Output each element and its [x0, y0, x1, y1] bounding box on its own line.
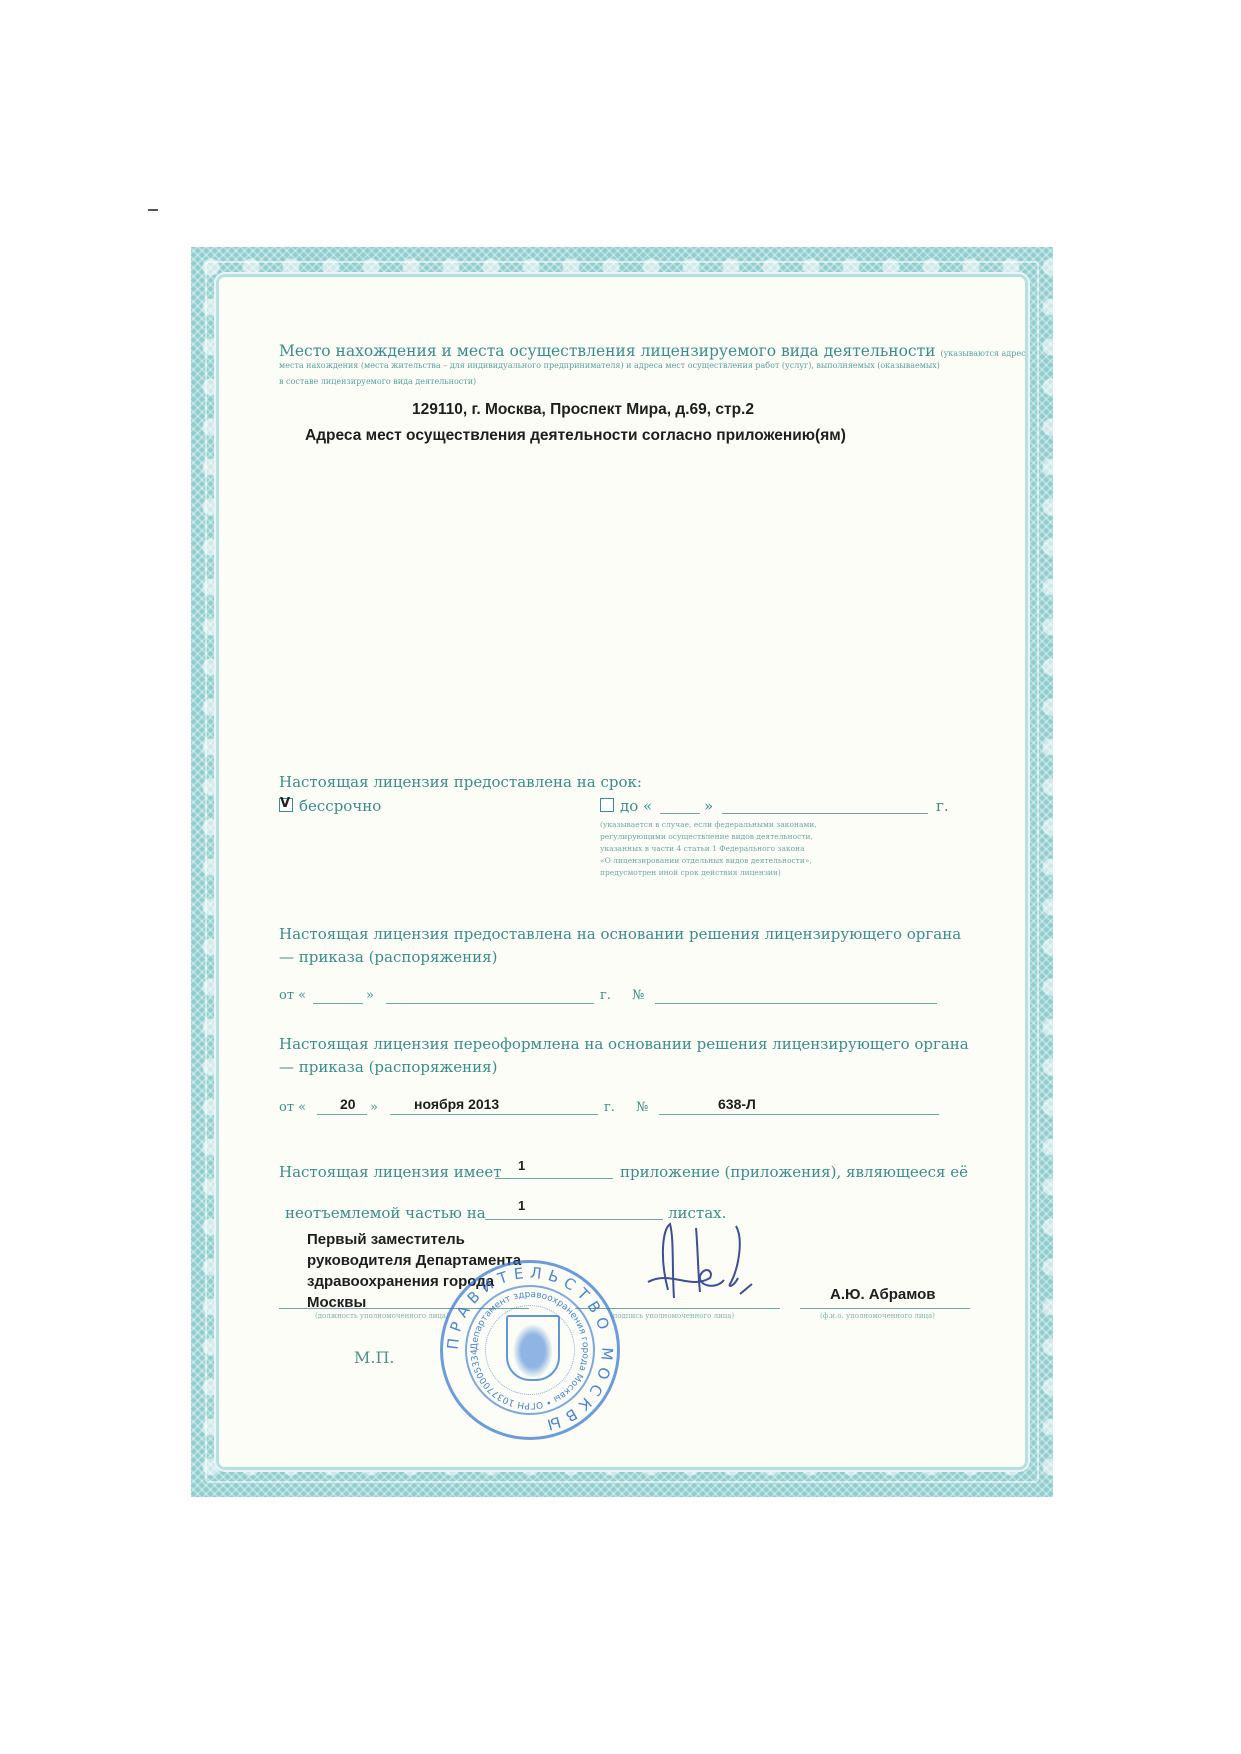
sheets-prefix: неотъемлемой частью на	[285, 1204, 486, 1222]
term-indefinite[interactable]: бессрочно	[279, 797, 381, 815]
appendices-prefix: Настоящая лицензия имеет	[279, 1163, 502, 1181]
reissued-date-field[interactable]	[390, 1114, 598, 1115]
section-title-text: Место нахождения и места осуществления л…	[279, 342, 936, 360]
reissued-line2: — приказа (распоряжения)	[279, 1058, 497, 1076]
stamp-text-ring: ПРАВИТЕЛЬСТВО МОСКВЫ Департамент здравоо…	[443, 1263, 617, 1437]
indefinite-label: бессрочно	[299, 797, 381, 815]
signatory-position-line: Первый заместитель	[307, 1229, 521, 1250]
term-note-line: «О лицензировании отдельных видов деятел…	[600, 855, 817, 867]
granted-from-label: от «	[279, 988, 306, 1003]
stamp-outer-text: ПРАВИТЕЛЬСТВО МОСКВЫ	[444, 1264, 617, 1436]
reissued-year-suffix: г.	[604, 1100, 615, 1115]
section-title: Место нахождения и места осуществления л…	[279, 342, 1026, 360]
scan-artifact	[148, 209, 158, 211]
term-note-line: указанных в части 4 статьи 1 Федеральног…	[600, 843, 817, 855]
caption-name: (ф.и.о. уполномоченного лица)	[820, 1312, 935, 1320]
reissued-line1: Настоящая лицензия переоформлена на осно…	[279, 1035, 969, 1053]
term-note-line: (указывается в случае, если федеральными…	[600, 819, 817, 831]
until-day-field[interactable]	[660, 813, 700, 814]
granted-date-field[interactable]	[386, 1003, 594, 1004]
caption-signature: (подпись уполномоченного лица)	[610, 1312, 734, 1320]
until-year-suffix: г.	[936, 797, 949, 815]
section-note-line2: места нахождения (места жительства – для…	[279, 361, 940, 370]
until-quote-close: »	[704, 797, 713, 815]
granted-quote-close: »	[366, 988, 374, 1003]
reissued-day-field[interactable]	[317, 1114, 367, 1115]
sheets-count-field[interactable]	[485, 1219, 663, 1220]
granted-line1: Настоящая лицензия предоставлена на осно…	[279, 925, 961, 943]
section-title-note: (указываются адрес	[940, 349, 1025, 358]
signature-scribble	[640, 1220, 780, 1310]
appendices-count-field[interactable]	[495, 1178, 613, 1179]
until-checkbox[interactable]	[600, 798, 614, 812]
term-note: (указывается в случае, если федеральными…	[600, 819, 817, 879]
address-appendix-note: Адреса мест осуществления деятельности с…	[305, 427, 846, 445]
reissued-date-value: ноября 2013	[414, 1096, 499, 1112]
granted-year-suffix: г.	[600, 988, 611, 1003]
signatory-name: А.Ю. Абрамов	[830, 1286, 936, 1303]
until-label: до «	[620, 797, 652, 815]
granted-day-field[interactable]	[313, 1003, 363, 1004]
term-until[interactable]: до «	[600, 797, 652, 815]
term-label: Настоящая лицензия предоставлена на срок…	[279, 773, 642, 791]
official-stamp: ПРАВИТЕЛЬСТВО МОСКВЫ Департамент здравоо…	[440, 1260, 620, 1440]
seal-label: М.П.	[354, 1348, 395, 1367]
granted-number-label: №	[632, 988, 644, 1003]
term-note-line: предусмотрен иной срок действия лицензии…	[600, 867, 817, 879]
reissued-number-label: №	[636, 1100, 648, 1115]
caption-position: (должность уполномоченного лица)	[315, 1312, 449, 1320]
until-date-field[interactable]	[722, 813, 928, 814]
svg-text:ПРАВИТЕЛЬСТВО МОСКВЫ: ПРАВИТЕЛЬСТВО МОСКВЫ	[444, 1264, 617, 1436]
term-note-line: регулирующими осуществление видов деятел…	[600, 831, 817, 843]
section-note-line3: в составе лицензируемого вида деятельнос…	[279, 377, 476, 386]
appendices-suffix: приложение (приложения), являющееся её	[620, 1163, 968, 1181]
granted-line2: — приказа (распоряжения)	[279, 948, 497, 966]
indefinite-checkbox[interactable]	[279, 798, 293, 812]
sheets-count-value: 1	[518, 1198, 525, 1213]
granted-number-field[interactable]	[655, 1003, 937, 1004]
address-main: 129110, г. Москва, Проспект Мира, д.69, …	[412, 401, 754, 419]
reissued-from-label: от «	[279, 1100, 306, 1115]
reissued-day-value: 20	[340, 1096, 356, 1112]
reissued-quote-close: »	[370, 1100, 378, 1115]
reissued-number-value: 638-Л	[718, 1096, 756, 1112]
appendices-count-value: 1	[518, 1158, 525, 1173]
name-line	[800, 1308, 970, 1309]
reissued-number-field[interactable]	[659, 1114, 939, 1115]
